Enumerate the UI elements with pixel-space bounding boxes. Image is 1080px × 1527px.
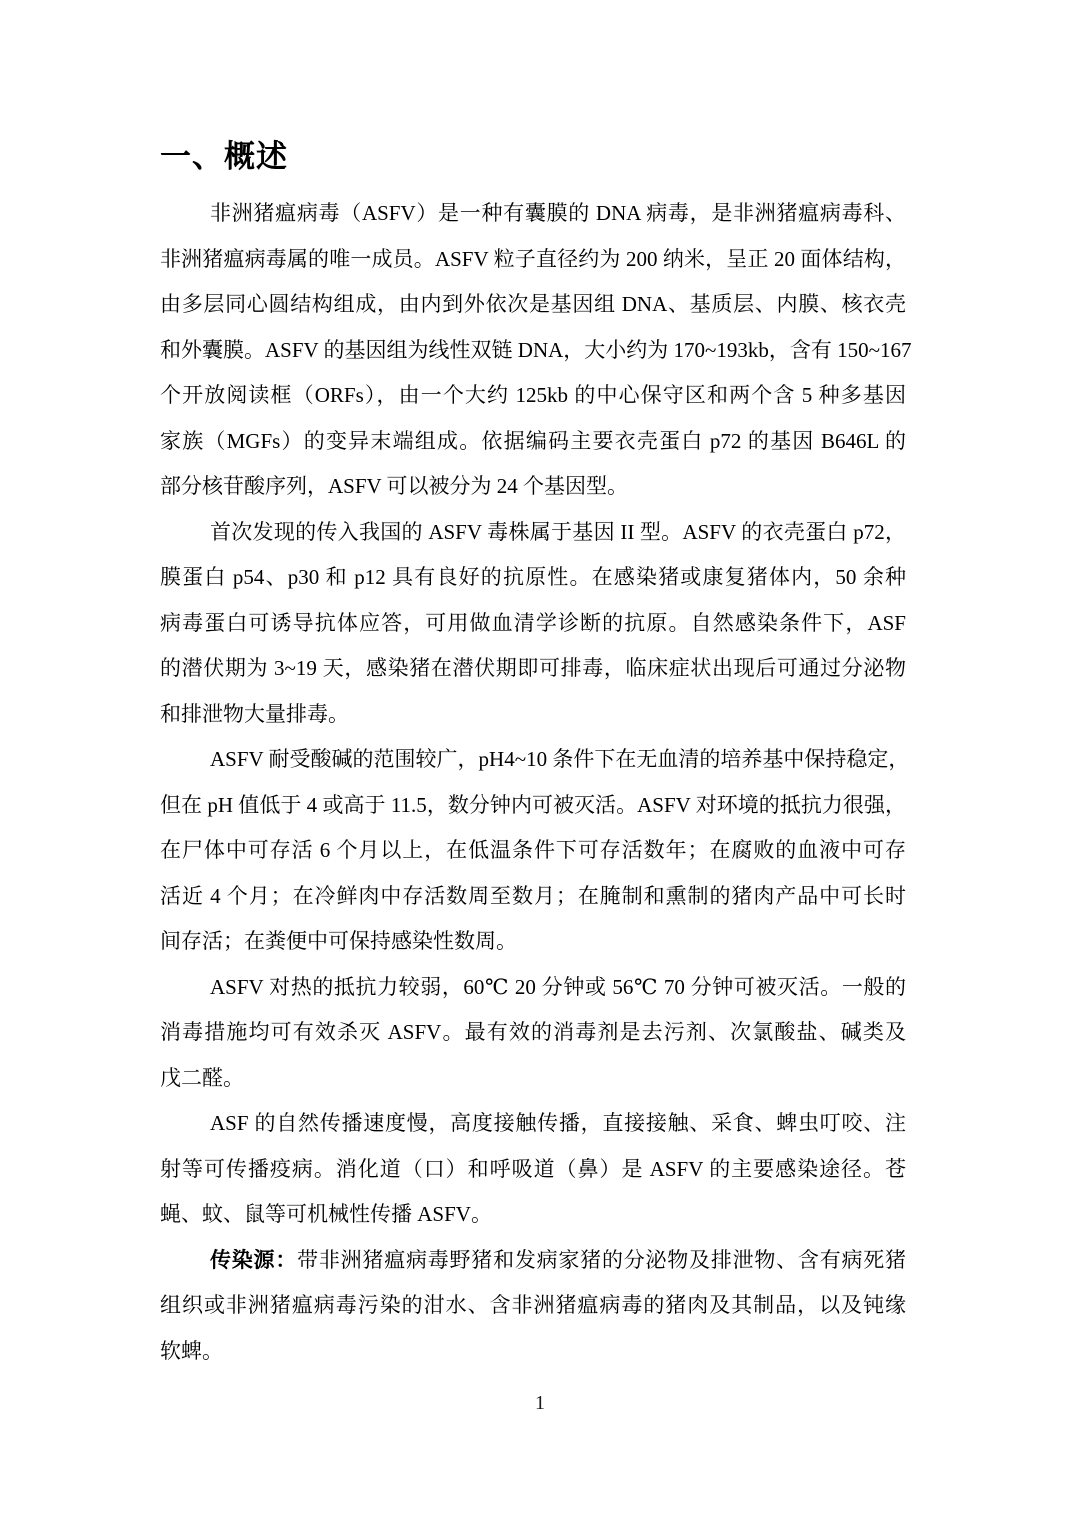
text-line: 和外囊膜。ASFV 的基因组为线性双链 DNA，大小约为 170~193kb，含… — [160, 328, 906, 374]
section-heading: 一、概述 — [160, 131, 288, 176]
text-line: ASFV 耐受酸碱的范围较广，pH4~10 条件下在无血清的培养基中保持稳定， — [160, 737, 906, 783]
text-line: 软蜱。 — [160, 1329, 906, 1375]
text-line: 间存活；在粪便中可保持感染性数周。 — [160, 919, 906, 965]
text-line: 组织或非洲猪瘟病毒污染的泔水、含非洲猪瘟病毒的猪肉及其制品，以及钝缘 — [160, 1283, 906, 1329]
text-line: 家族（MGFs）的变异末端组成。依据编码主要衣壳蛋白 p72 的基因 B646L… — [160, 419, 906, 465]
document-page: 一、概述 非洲猪瘟病毒（ASFV）是一种有囊膜的 DNA 病毒，是非洲猪瘟病毒科… — [0, 0, 1080, 1527]
text-line: 非洲猪瘟病毒属的唯一成员。ASFV 粒子直径约为 200 纳米，呈正 20 面体… — [160, 237, 906, 283]
text-line: 部分核苷酸序列，ASFV 可以被分为 24 个基因型。 — [160, 464, 906, 510]
text-line: 由多层同心圆结构组成，由内到外依次是基因组 DNA、基质层、内膜、核衣壳 — [160, 282, 906, 328]
text-line: 膜蛋白 p54、p30 和 p12 具有良好的抗原性。在感染猪或康复猪体内，50… — [160, 555, 906, 601]
text-line: 射等可传播疫病。消化道（口）和呼吸道（鼻）是 ASFV 的主要感染途径。苍 — [160, 1147, 906, 1193]
text-line: 首次发现的传入我国的 ASFV 毒株属于基因 II 型。ASFV 的衣壳蛋白 p… — [160, 510, 906, 556]
text-line: 和排泄物大量排毒。 — [160, 692, 906, 738]
document-body: 非洲猪瘟病毒（ASFV）是一种有囊膜的 DNA 病毒，是非洲猪瘟病毒科、非洲猪瘟… — [160, 191, 906, 1374]
text-line-content: 带非洲猪瘟病毒野猪和发病家猪的分泌物及排泄物、含有病死猪 — [297, 1248, 906, 1272]
text-line: 但在 pH 值低于 4 或高于 11.5，数分钟内可被灭活。ASFV 对环境的抵… — [160, 783, 906, 829]
text-line: 的潜伏期为 3~19 天，感染猪在潜伏期即可排毒，临床症状出现后可通过分泌物 — [160, 646, 906, 692]
text-line: 活近 4 个月；在冷鲜肉中存活数周至数月；在腌制和熏制的猪肉产品中可长时 — [160, 874, 906, 920]
text-line: 消毒措施均可有效杀灭 ASFV。最有效的消毒剂是去污剂、次氯酸盐、碱类及 — [160, 1010, 906, 1056]
text-line: 非洲猪瘟病毒（ASFV）是一种有囊膜的 DNA 病毒，是非洲猪瘟病毒科、 — [160, 191, 906, 237]
text-line: 蝇、蚊、鼠等可机械性传播 ASFV。 — [160, 1192, 906, 1238]
text-line: 戊二醛。 — [160, 1056, 906, 1102]
text-line: 传染源：带非洲猪瘟病毒野猪和发病家猪的分泌物及排泄物、含有病死猪 — [160, 1238, 906, 1284]
bold-lead: 传染源： — [210, 1248, 297, 1272]
text-line: 病毒蛋白可诱导抗体应答，可用做血清学诊断的抗原。自然感染条件下，ASF — [160, 601, 906, 647]
text-line: 个开放阅读框（ORFs），由一个大约 125kb 的中心保守区和两个含 5 种多… — [160, 373, 906, 419]
text-line: 在尸体中可存活 6 个月以上，在低温条件下可存活数年；在腐败的血液中可存 — [160, 828, 906, 874]
page-number: 1 — [0, 1392, 1080, 1415]
text-line: ASFV 对热的抵抗力较弱，60℃ 20 分钟或 56℃ 70 分钟可被灭活。一… — [160, 965, 906, 1011]
text-line: ASF 的自然传播速度慢，高度接触传播，直接接触、采食、蜱虫叮咬、注 — [160, 1101, 906, 1147]
